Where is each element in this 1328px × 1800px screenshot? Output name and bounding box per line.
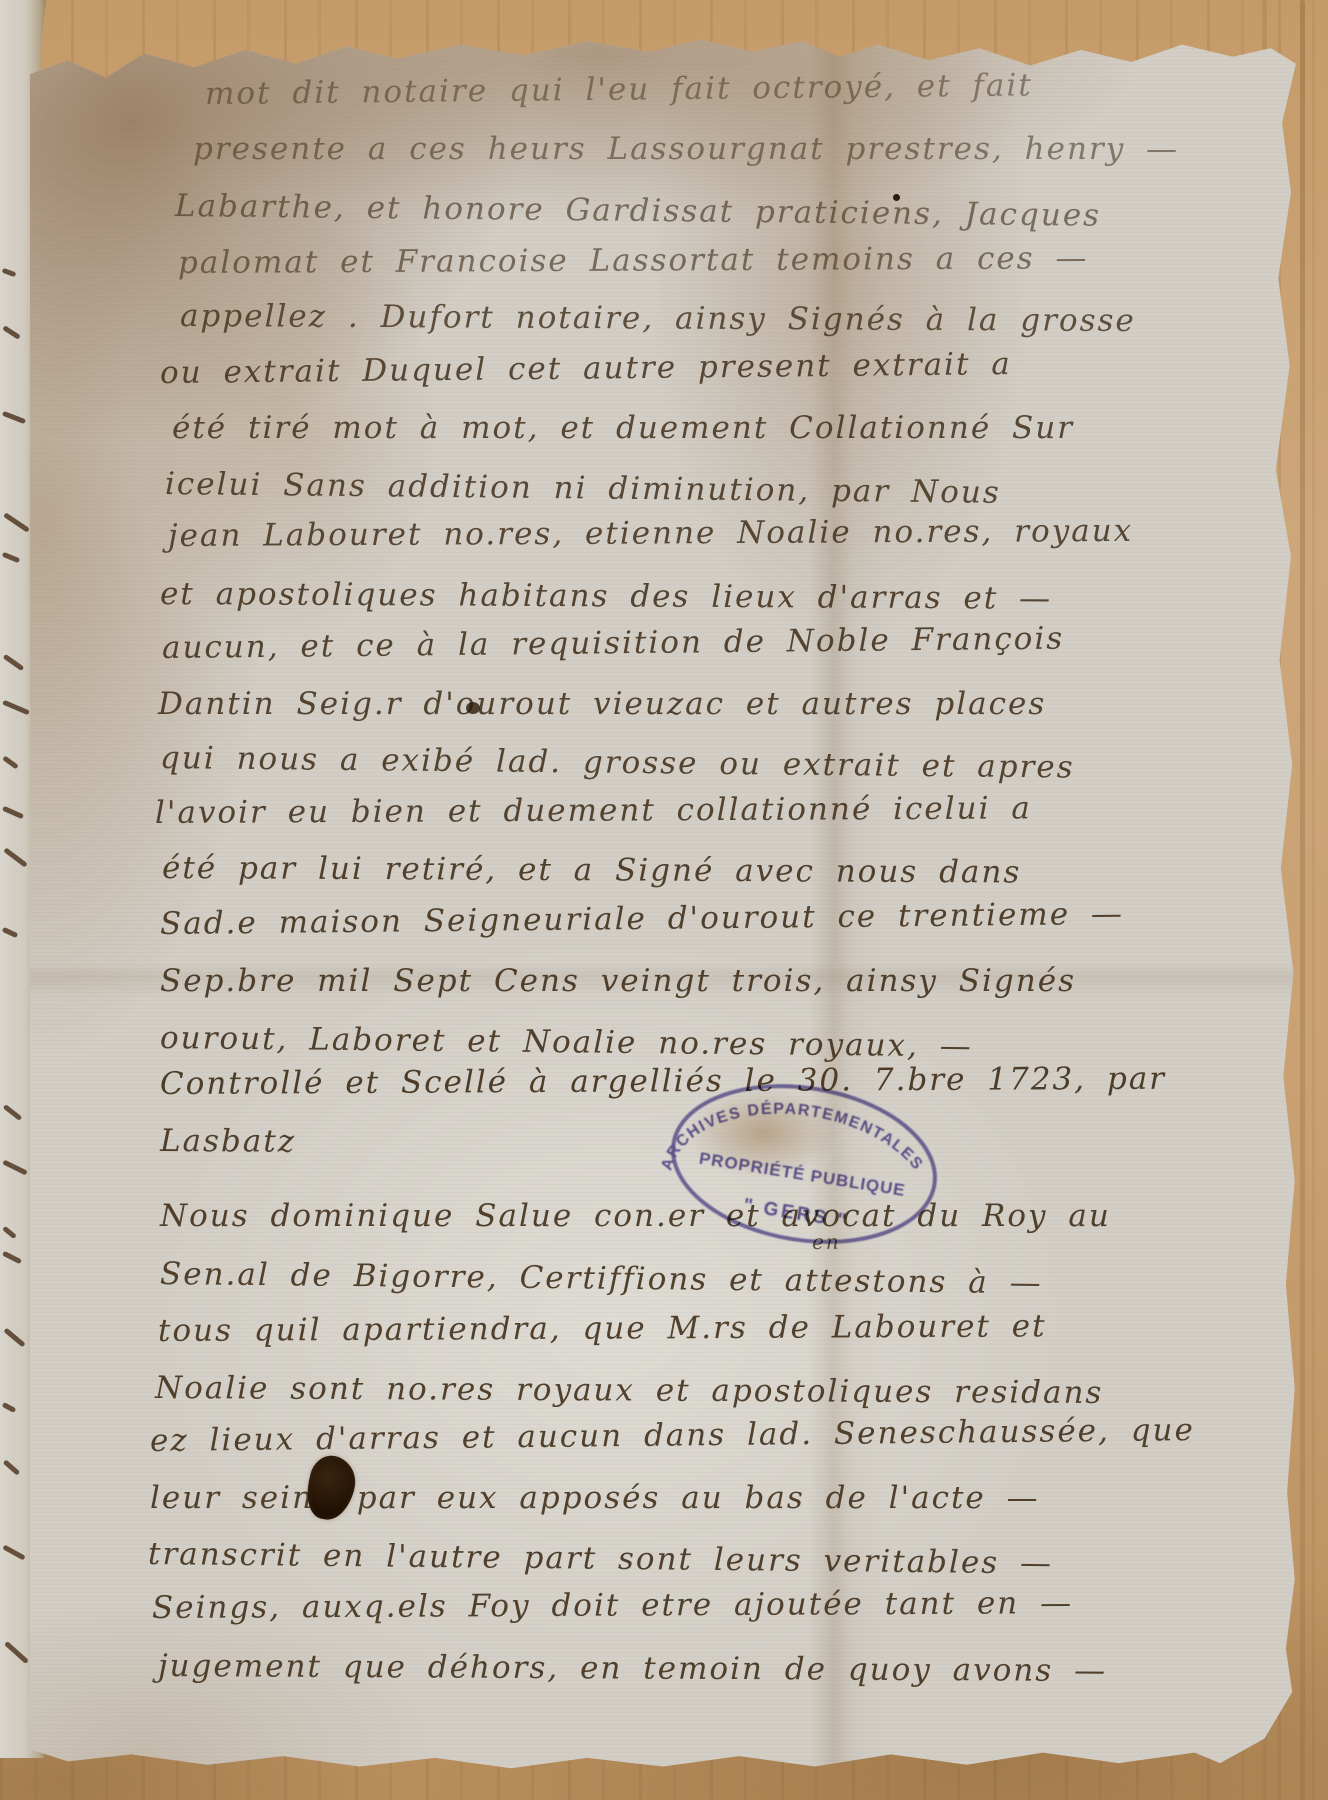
manuscript-line: jugement que déhors, en temoin de quoy a…: [158, 1648, 1107, 1689]
manuscript-line: Sad.e maison Seigneuriale d'ourout ce tr…: [160, 896, 1124, 942]
manuscript-line: été par lui retiré, et a Signé avec nous…: [162, 850, 1022, 890]
manuscript-line: icelui Sans addition ni diminution, par …: [165, 466, 1001, 511]
ink-speck: [466, 702, 480, 714]
ink-speck: [893, 194, 900, 201]
manuscript-line: palomat et Francoise Lassortat temoins a…: [178, 240, 1089, 281]
manuscript-line: et apostoliques habitans des lieux d'arr…: [160, 576, 1052, 617]
manuscript-photo-scene: mot dit notaire qui l'eu fait octroyé, e…: [0, 0, 1328, 1800]
manuscript-line: aucun, et ce à la requisition de Noble F…: [162, 621, 1065, 666]
manuscript-line: Lasbatz: [160, 1123, 296, 1160]
manuscript-line: ez lieux d'arras et aucun dans lad. Sene…: [150, 1412, 1195, 1459]
stamp-middle-text: PROPRIÉTÉ PUBLIQUE: [698, 1149, 907, 1200]
manuscript-line: presente a ces heurs Lassourgnat prestre…: [193, 131, 1179, 167]
stamp-bottom-text: " GERS ": [742, 1195, 850, 1232]
manuscript-line: été tiré mot à mot, et duement Collation…: [172, 410, 1074, 446]
manuscript-line: leur seing par eux apposés au bas de l'a…: [150, 1480, 1040, 1516]
manuscript-line: mot dit notaire qui l'eu fait octroyé, e…: [205, 67, 1033, 112]
manuscript-line: jean Labouret no.res, etienne Noalie no.…: [168, 513, 1133, 554]
manuscript-line: Sep.bre mil Sept Cens veingt trois, ains…: [160, 963, 1076, 999]
manuscript-line: qui nous a exibé lad. grosse ou extrait …: [160, 740, 1075, 786]
manuscript-line: transcrit en l'autre part sont leurs ver…: [148, 1536, 1053, 1581]
manuscript-line: ou extrait Duquel cet autre present extr…: [160, 346, 1012, 391]
manuscript-line: Seings, auxq.els Foy doit etre ajoutée t…: [152, 1585, 1073, 1626]
manuscript-line: tous quil apartiendra, que M.rs de Labou…: [158, 1308, 1047, 1349]
manuscript-line: appellez . Dufort notaire, ainsy Signés …: [180, 298, 1136, 339]
manuscript-line: l'avoir eu bien et duement collationné i…: [155, 790, 1032, 831]
manuscript-line: Noalie sont no.res royaux et apostolique…: [155, 1370, 1104, 1411]
manuscript-line: ourout, Laboret et Noalie no.res royaux,…: [160, 1020, 973, 1065]
manuscript-line: Labarthe, et honore Gardissat praticiens…: [175, 188, 1101, 234]
manuscript-line: Dantin Seig.r d'ourout vieuzac et autres…: [158, 686, 1046, 722]
manuscript-text: mot dit notaire qui l'eu fait octroyé, e…: [0, 0, 1328, 1800]
